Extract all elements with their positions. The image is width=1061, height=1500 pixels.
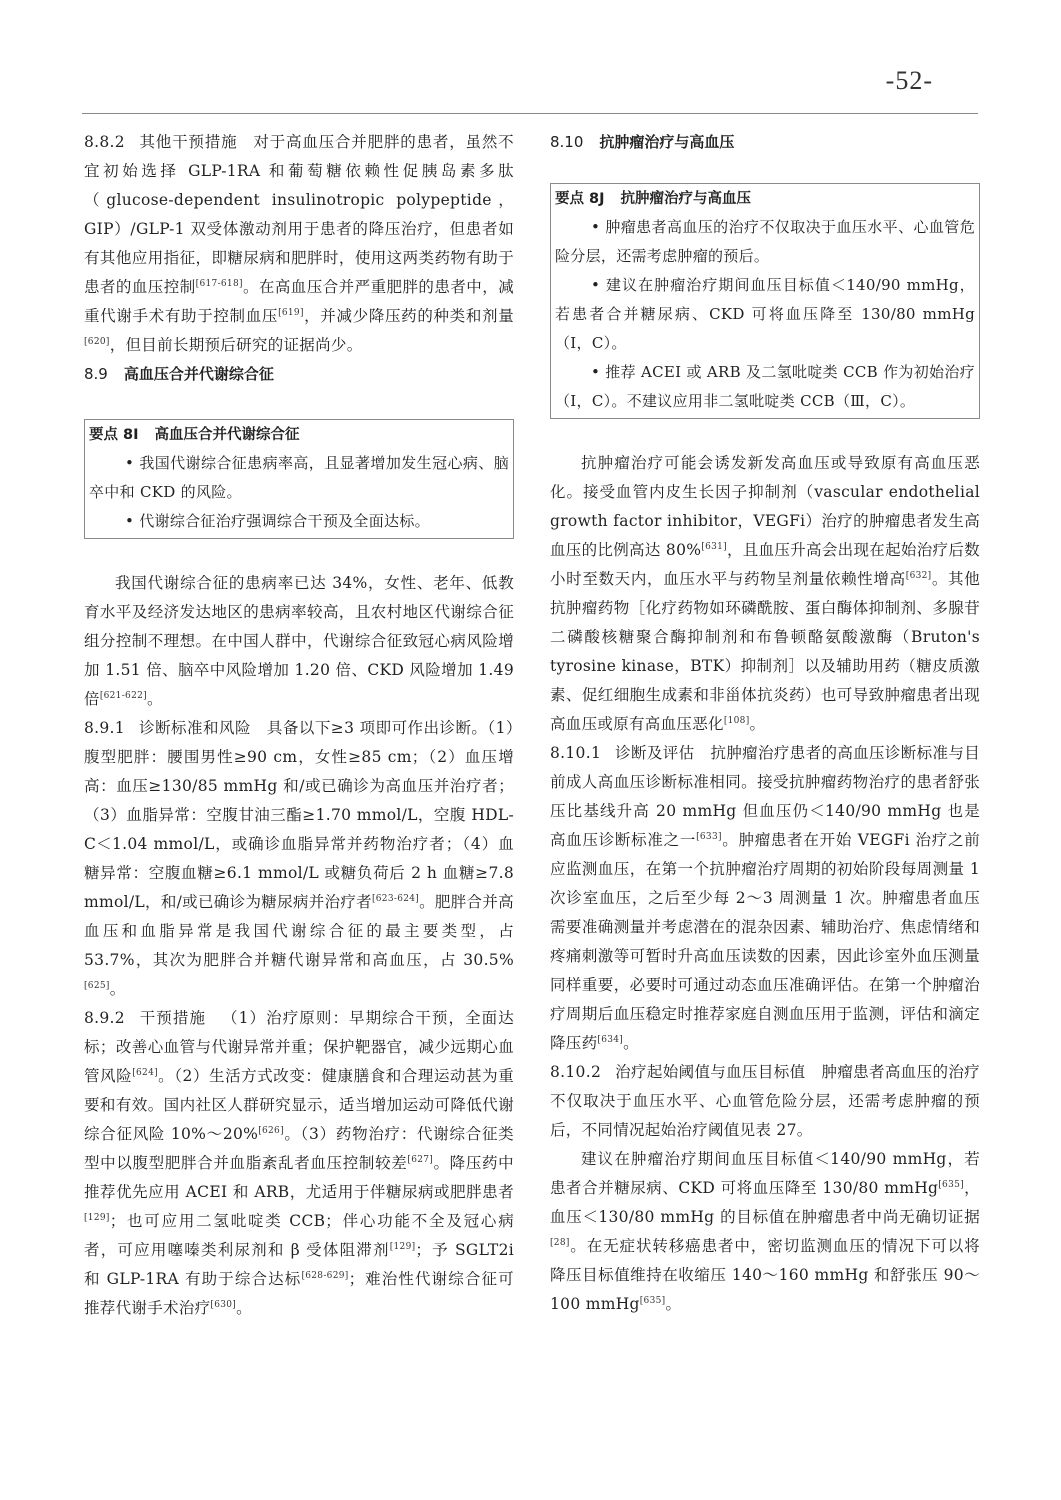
paragraph-p-8-10-1: 8.10.1诊断及评估抗肿瘤治疗患者的高血压诊断标准与目前成人高血压诊断标准相同… — [550, 739, 980, 1058]
paragraph-p-8-9-2: 8.9.2干预措施（1）治疗原则：早期综合干预，全面达标；改善心血管与代谢异常并… — [84, 1004, 514, 1323]
key-points-heading: 抗肿瘤治疗与高血压 — [621, 191, 752, 207]
key-point-bullet: • 肿瘤患者高血压的治疗不仅取决于血压水平、心血管危险分层，还需考虑肿瘤的预后。 — [555, 213, 975, 271]
subsection-title: 诊断及评估 — [615, 744, 694, 762]
citation-reference[interactable]: [624] — [132, 1068, 158, 1078]
body-text: 。 — [236, 1299, 252, 1317]
left-column: 8.8.2其他干预措施对于高血压合并肥胖的患者，虽然不宜初始选择 GLP-1RA… — [84, 128, 514, 1323]
citation-reference[interactable]: [634] — [597, 1035, 623, 1045]
citation-reference[interactable]: [108] — [724, 716, 750, 726]
key-point-bullet: • 建议在肿瘤治疗期间血压目标值＜140/90 mmHg，若患者合并糖尿病、CK… — [555, 271, 975, 358]
key-points-title: 要点 8I高血压合并代谢综合征 — [89, 422, 509, 449]
spacer — [84, 389, 514, 419]
body-text: 具备以下≥3 项即可作出诊断。（1）腹型肥胖：腰围男性≥90 cm，女性≥85 … — [84, 719, 514, 911]
page-number: -52- — [886, 66, 933, 96]
subsection-title: 其他干预措施 — [139, 133, 237, 151]
key-point-bullet: • 推荐 ACEI 或 ARB 及二氢吡啶类 CCB 作为初始治疗（Ⅰ，C）。不… — [555, 358, 975, 416]
paragraph-p-antitumor-intro: 抗肿瘤治疗可能会诱发新发高血压或导致原有高血压恶化。接受血管内皮生长因子抑制剂（… — [550, 449, 980, 739]
key-point-bullet: • 我国代谢综合征患病率高，且显著增加发生冠心病、脑卒中和 CKD 的风险。 — [89, 449, 509, 507]
body-text: 。其他抗肿瘤药物［化疗药物如环磷酰胺、蛋白酶体抑制剂、多腺苷二磷酸核糖聚合酶抑制… — [550, 570, 980, 733]
spacer — [550, 157, 980, 183]
subsection-number: 8.8.2 — [84, 133, 125, 151]
citation-reference[interactable]: [627] — [407, 1155, 433, 1165]
body-text: 。在无症状转移癌患者中，密切监测血压的情况下可以将降压目标值维持在收缩压 140… — [550, 1237, 980, 1313]
subsection-number: 8.10.2 — [550, 1063, 601, 1081]
key-point-bullet: • 代谢综合征治疗强调综合干预及全面达标。 — [89, 507, 509, 536]
paragraph-p-8-10-2: 8.10.2治疗起始阈值与血压目标值肿瘤患者高血压的治疗不仅取决于血压水平、心血… — [550, 1058, 980, 1145]
citation-reference[interactable]: [621-622] — [100, 691, 147, 701]
key-points-heading: 高血压合并代谢综合征 — [155, 427, 300, 443]
spacer — [550, 419, 980, 449]
section-title: 抗肿瘤治疗与高血压 — [599, 133, 734, 151]
citation-reference[interactable]: [620] — [84, 337, 110, 347]
citation-reference[interactable]: [619] — [278, 308, 304, 318]
body-text: ，并减少降压药的种类和剂量 — [304, 307, 514, 325]
header-divider — [82, 113, 978, 114]
body-text: 对于高血压合并肥胖的患者，虽然不宜初始选择 GLP-1RA 和葡萄糖依赖性促胰岛… — [84, 133, 514, 296]
spacer — [84, 539, 514, 569]
body-text: 建议在肿瘤治疗期间血压目标值＜140/90 mmHg，若患者合并糖尿病、CKD … — [550, 1150, 980, 1197]
body-text: ，但目前长期预后研究的证据尚少。 — [110, 336, 363, 354]
key-points-box-box-8j: 要点 8J抗肿瘤治疗与高血压• 肿瘤患者高血压的治疗不仅取决于血压水平、心血管危… — [550, 183, 980, 419]
key-points-code: 要点 8I — [89, 427, 139, 443]
body-text: 。 — [665, 1295, 681, 1313]
body-text: 。 — [147, 690, 163, 708]
subsection-number: 8.9.1 — [84, 719, 125, 737]
subsection-title: 干预措施 — [139, 1009, 206, 1027]
citation-reference[interactable]: [630] — [210, 1300, 236, 1310]
section-heading-h-8-10: 8.10抗肿瘤治疗与高血压 — [550, 128, 980, 157]
subsection-title: 诊断标准和风险 — [139, 719, 251, 737]
key-points-code: 要点 8J — [555, 191, 605, 207]
paragraph-p-8-8-2: 8.8.2其他干预措施对于高血压合并肥胖的患者，虽然不宜初始选择 GLP-1RA… — [84, 128, 514, 360]
right-column: 8.10抗肿瘤治疗与高血压要点 8J抗肿瘤治疗与高血压• 肿瘤患者高血压的治疗不… — [550, 128, 980, 1319]
citation-reference[interactable]: [628-629] — [301, 1271, 348, 1281]
citation-reference[interactable]: [617-618] — [196, 279, 243, 289]
body-text: 。肿瘤患者在开始 VEGFi 治疗之前应监测血压，在第一个抗肿瘤治疗周期的初始阶… — [550, 831, 980, 1052]
paragraph-p-8-9-1: 8.9.1诊断标准和风险具备以下≥3 项即可作出诊断。（1）腹型肥胖：腰围男性≥… — [84, 714, 514, 1004]
key-points-title: 要点 8J抗肿瘤治疗与高血压 — [555, 186, 975, 213]
section-title: 高血压合并代谢综合征 — [124, 365, 274, 383]
section-number: 8.9 — [84, 365, 108, 383]
citation-reference[interactable]: [635] — [640, 1296, 666, 1306]
citation-reference[interactable]: [28] — [550, 1238, 570, 1248]
citation-reference[interactable]: [625] — [84, 981, 110, 991]
subsection-number: 8.9.2 — [84, 1009, 125, 1027]
citation-reference[interactable]: [633] — [696, 832, 722, 842]
body-text: 。 — [750, 715, 766, 733]
citation-reference[interactable]: [623-624] — [372, 894, 419, 904]
subsection-title: 治疗起始阈值与血压目标值 — [615, 1063, 805, 1081]
citation-reference[interactable]: [129] — [84, 1213, 110, 1223]
section-heading-h-8-9: 8.9高血压合并代谢综合征 — [84, 360, 514, 389]
paragraph-p-ms-prevalence: 我国代谢综合征的患病率已达 34%，女性、老年、低教育水平及经济发达地区的患病率… — [84, 569, 514, 714]
key-points-box-box-8i: 要点 8I高血压合并代谢综合征• 我国代谢综合征患病率高，且显著增加发生冠心病、… — [84, 419, 514, 539]
body-text: 我国代谢综合征的患病率已达 34%，女性、老年、低教育水平及经济发达地区的患病率… — [84, 574, 514, 708]
paragraph-p-bp-target: 建议在肿瘤治疗期间血压目标值＜140/90 mmHg，若患者合并糖尿病、CKD … — [550, 1145, 980, 1319]
citation-reference[interactable]: [635] — [938, 1180, 964, 1190]
subsection-number: 8.10.1 — [550, 744, 601, 762]
section-number: 8.10 — [550, 133, 583, 151]
body-text: 。 — [110, 980, 126, 998]
citation-reference[interactable]: [129] — [390, 1242, 416, 1252]
citation-reference[interactable]: [631] — [701, 542, 727, 552]
citation-reference[interactable]: [626] — [258, 1126, 284, 1136]
citation-reference[interactable]: [632] — [906, 571, 932, 581]
body-text: 。 — [623, 1034, 639, 1052]
